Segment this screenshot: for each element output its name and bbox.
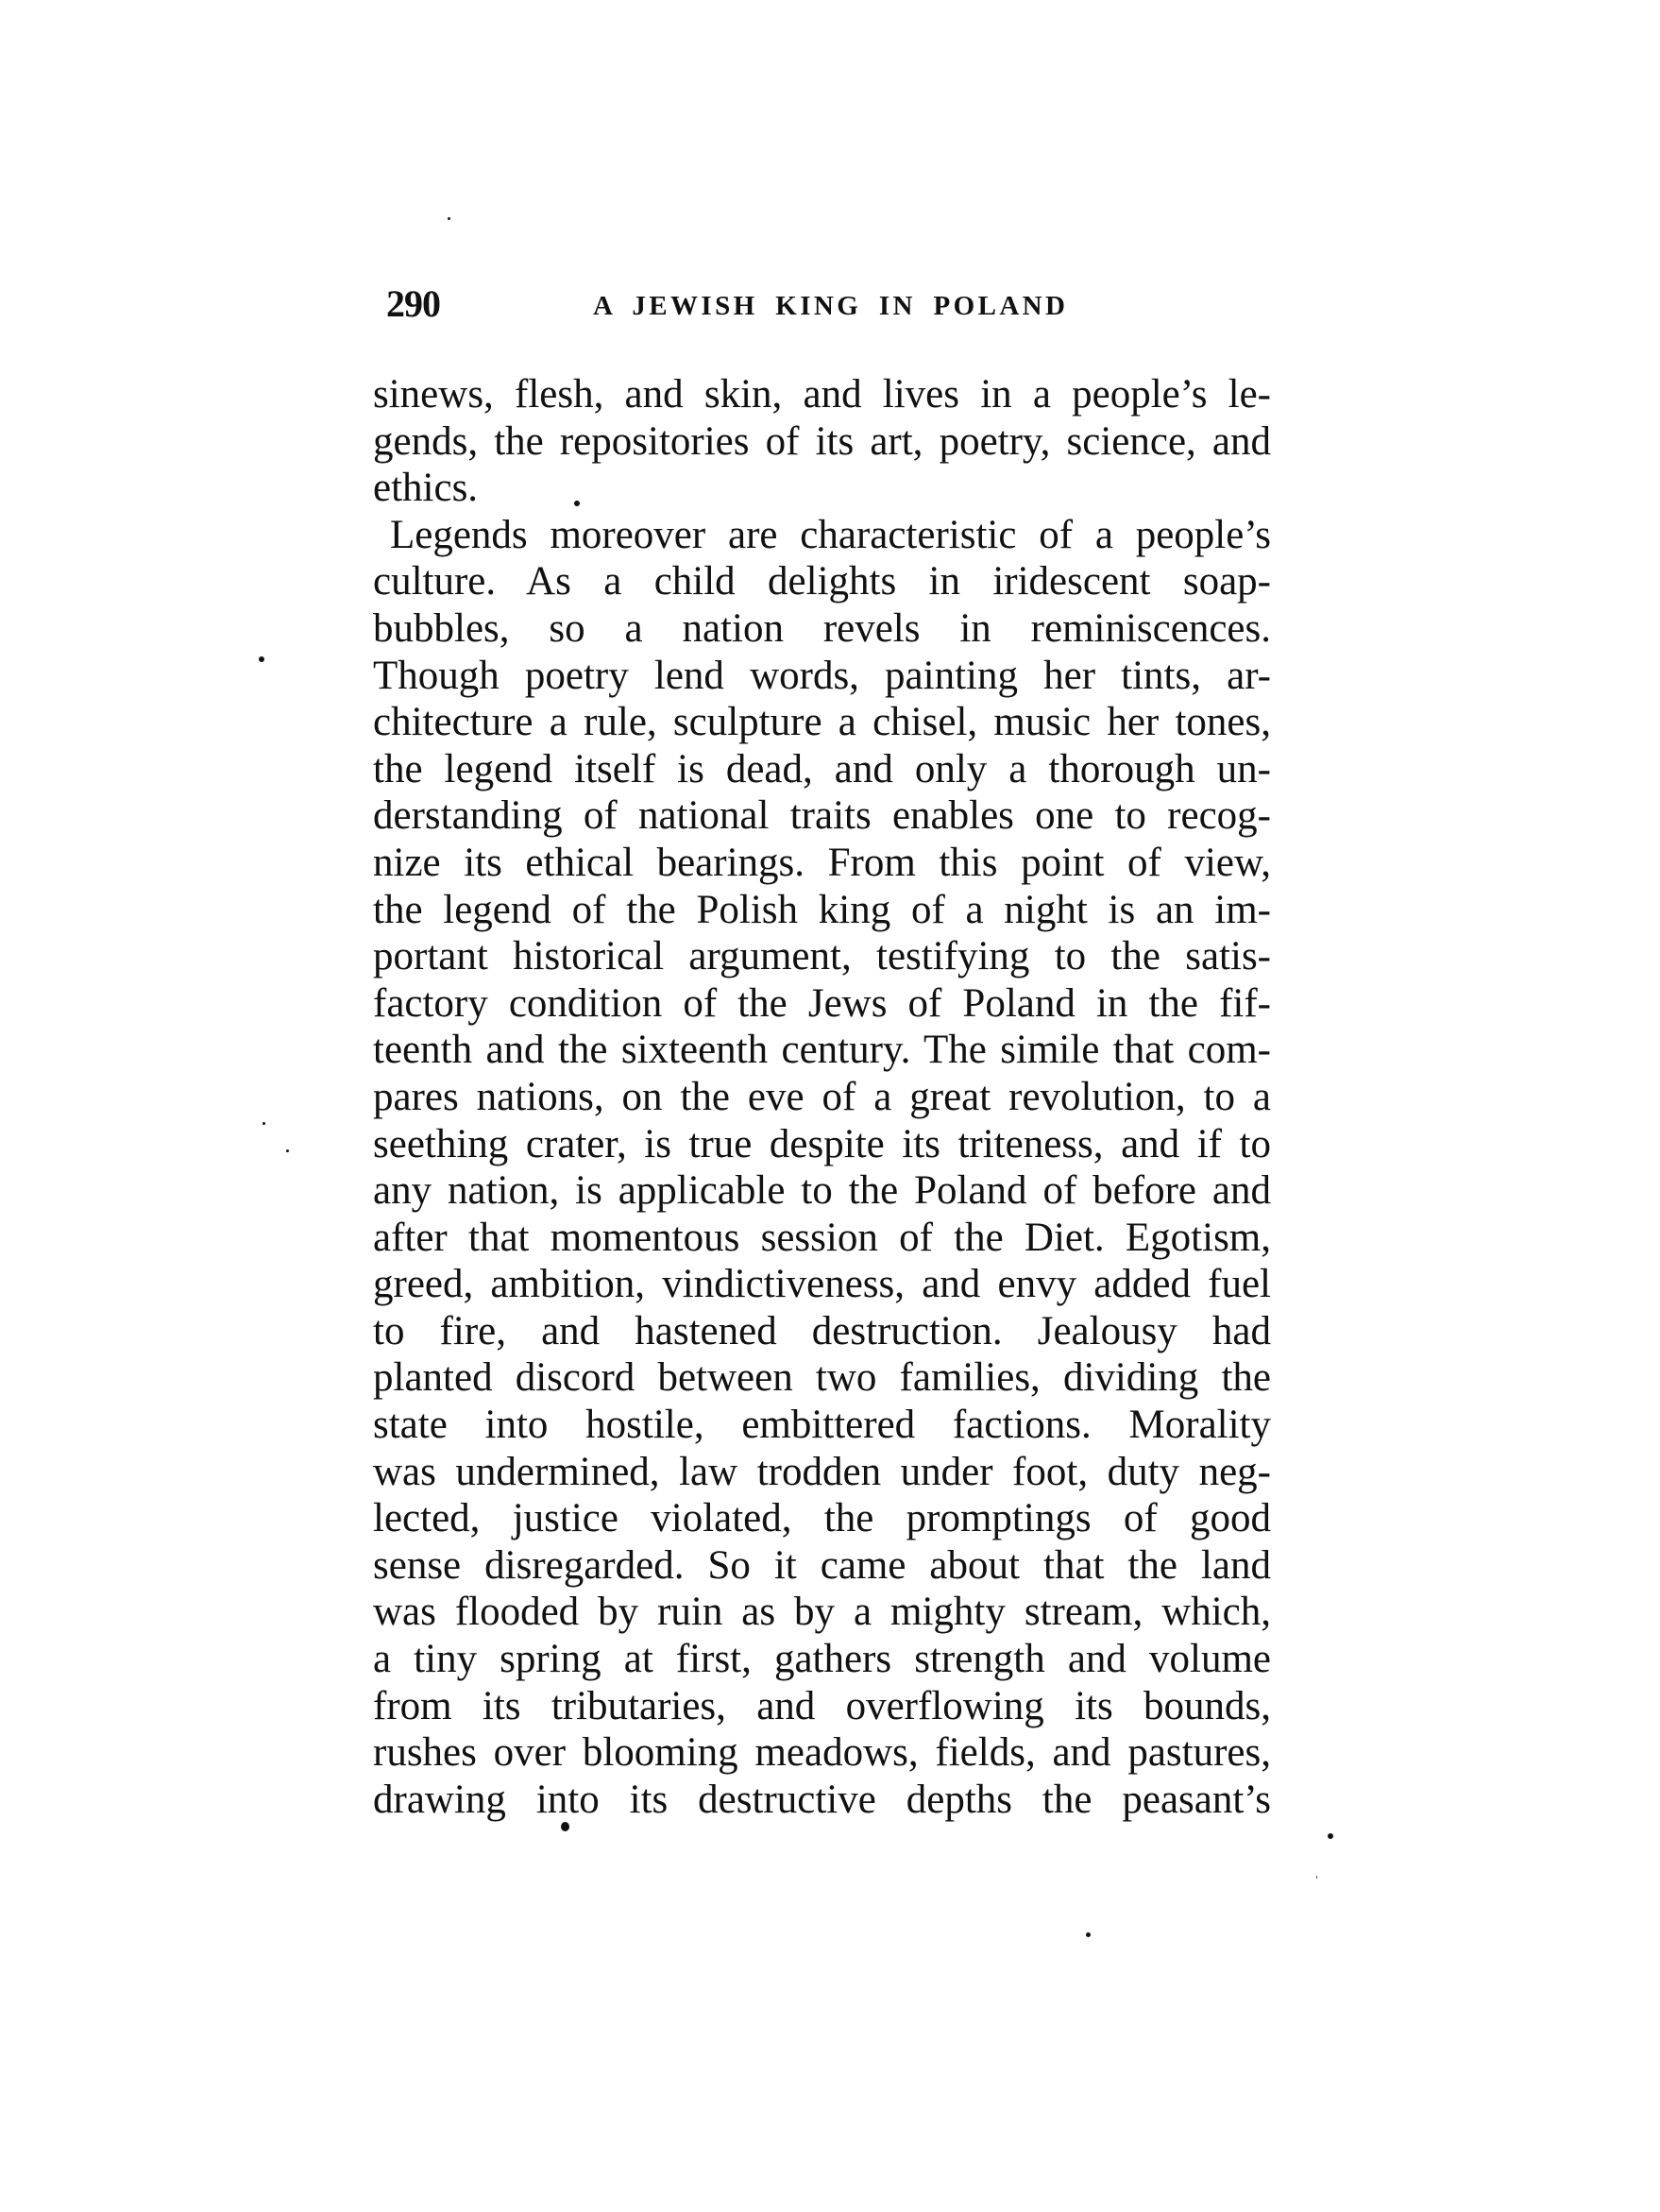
page-number: 290	[386, 283, 440, 325]
scan-speck	[263, 1122, 265, 1125]
text-line: was undermined, law trodden under foot, …	[373, 1449, 1271, 1496]
text-line: pares nations, on the eve of a great rev…	[373, 1074, 1271, 1121]
text-line: planted discord between two families, di…	[373, 1354, 1271, 1402]
text-line: chitecture a rule, sculpture a chisel, m…	[373, 699, 1271, 746]
text-line: bubbles, so a nation revels in reminisce…	[373, 605, 1271, 653]
text-line: teenth and the sixteenth century. The si…	[373, 1027, 1271, 1074]
scan-speck	[561, 1822, 569, 1831]
scan-speck	[1328, 1833, 1333, 1839]
text-line: seething crater, is true despite its tri…	[373, 1121, 1271, 1168]
book-page: 290 A JEWISH KING IN POLAND sinews, fles…	[0, 0, 1660, 2212]
text-line: was flooded by ruin as by a mighty strea…	[373, 1589, 1271, 1636]
text-line: lected, justice violated, the promptings…	[373, 1495, 1271, 1542]
text-line: culture. As a child delights in iridesce…	[373, 558, 1271, 605]
text-line: ethics.	[373, 465, 1271, 512]
text-line: derstanding of national traits enables o…	[373, 792, 1271, 840]
text-line: state into hostile, embittered factions.…	[373, 1402, 1271, 1449]
text-line: any nation, is applicable to the Poland …	[373, 1167, 1271, 1215]
text-line: portant historical argument, testifying …	[373, 933, 1271, 980]
text-line: the legend itself is dead, and only a th…	[373, 746, 1271, 793]
text-line: after that momentous session of the Diet…	[373, 1215, 1271, 1262]
scan-speck	[1316, 1876, 1317, 1879]
running-head: 290 A JEWISH KING IN POLAND	[386, 283, 1274, 325]
text-line: to fire, and hastened destruction. Jealo…	[373, 1308, 1271, 1355]
scan-speck	[286, 1149, 289, 1152]
text-line: Legends moreover are characteristic of a…	[373, 512, 1271, 559]
text-line: from its tributaries, and overflowing it…	[373, 1683, 1271, 1730]
text-line: nize its ethical bearings. From this poi…	[373, 840, 1271, 887]
running-title: A JEWISH KING IN POLAND	[593, 287, 1068, 325]
text-line: rushes over blooming meadows, fields, an…	[373, 1729, 1271, 1777]
scan-speck	[259, 656, 264, 662]
scan-speck	[574, 501, 580, 506]
text-line: Though poetry lend words, painting her t…	[373, 653, 1271, 700]
text-line: greed, ambition, vindictiveness, and env…	[373, 1261, 1271, 1308]
text-line: gends, the repositories of its art, poet…	[373, 418, 1271, 466]
text-line: factory condition of the Jews of Poland …	[373, 980, 1271, 1028]
text-line: drawing into its destructive depths the …	[373, 1777, 1271, 1824]
body-text: sinews, flesh, and skin, and lives in a …	[373, 371, 1271, 1823]
text-line: sense disregarded. So it came about that…	[373, 1542, 1271, 1590]
text-line: the legend of the Polish king of a night…	[373, 887, 1271, 934]
scan-speck	[1086, 1932, 1091, 1937]
text-line: a tiny spring at first, gathers strength…	[373, 1636, 1271, 1683]
scan-speck	[448, 217, 450, 220]
text-line: sinews, flesh, and skin, and lives in a …	[373, 371, 1271, 418]
